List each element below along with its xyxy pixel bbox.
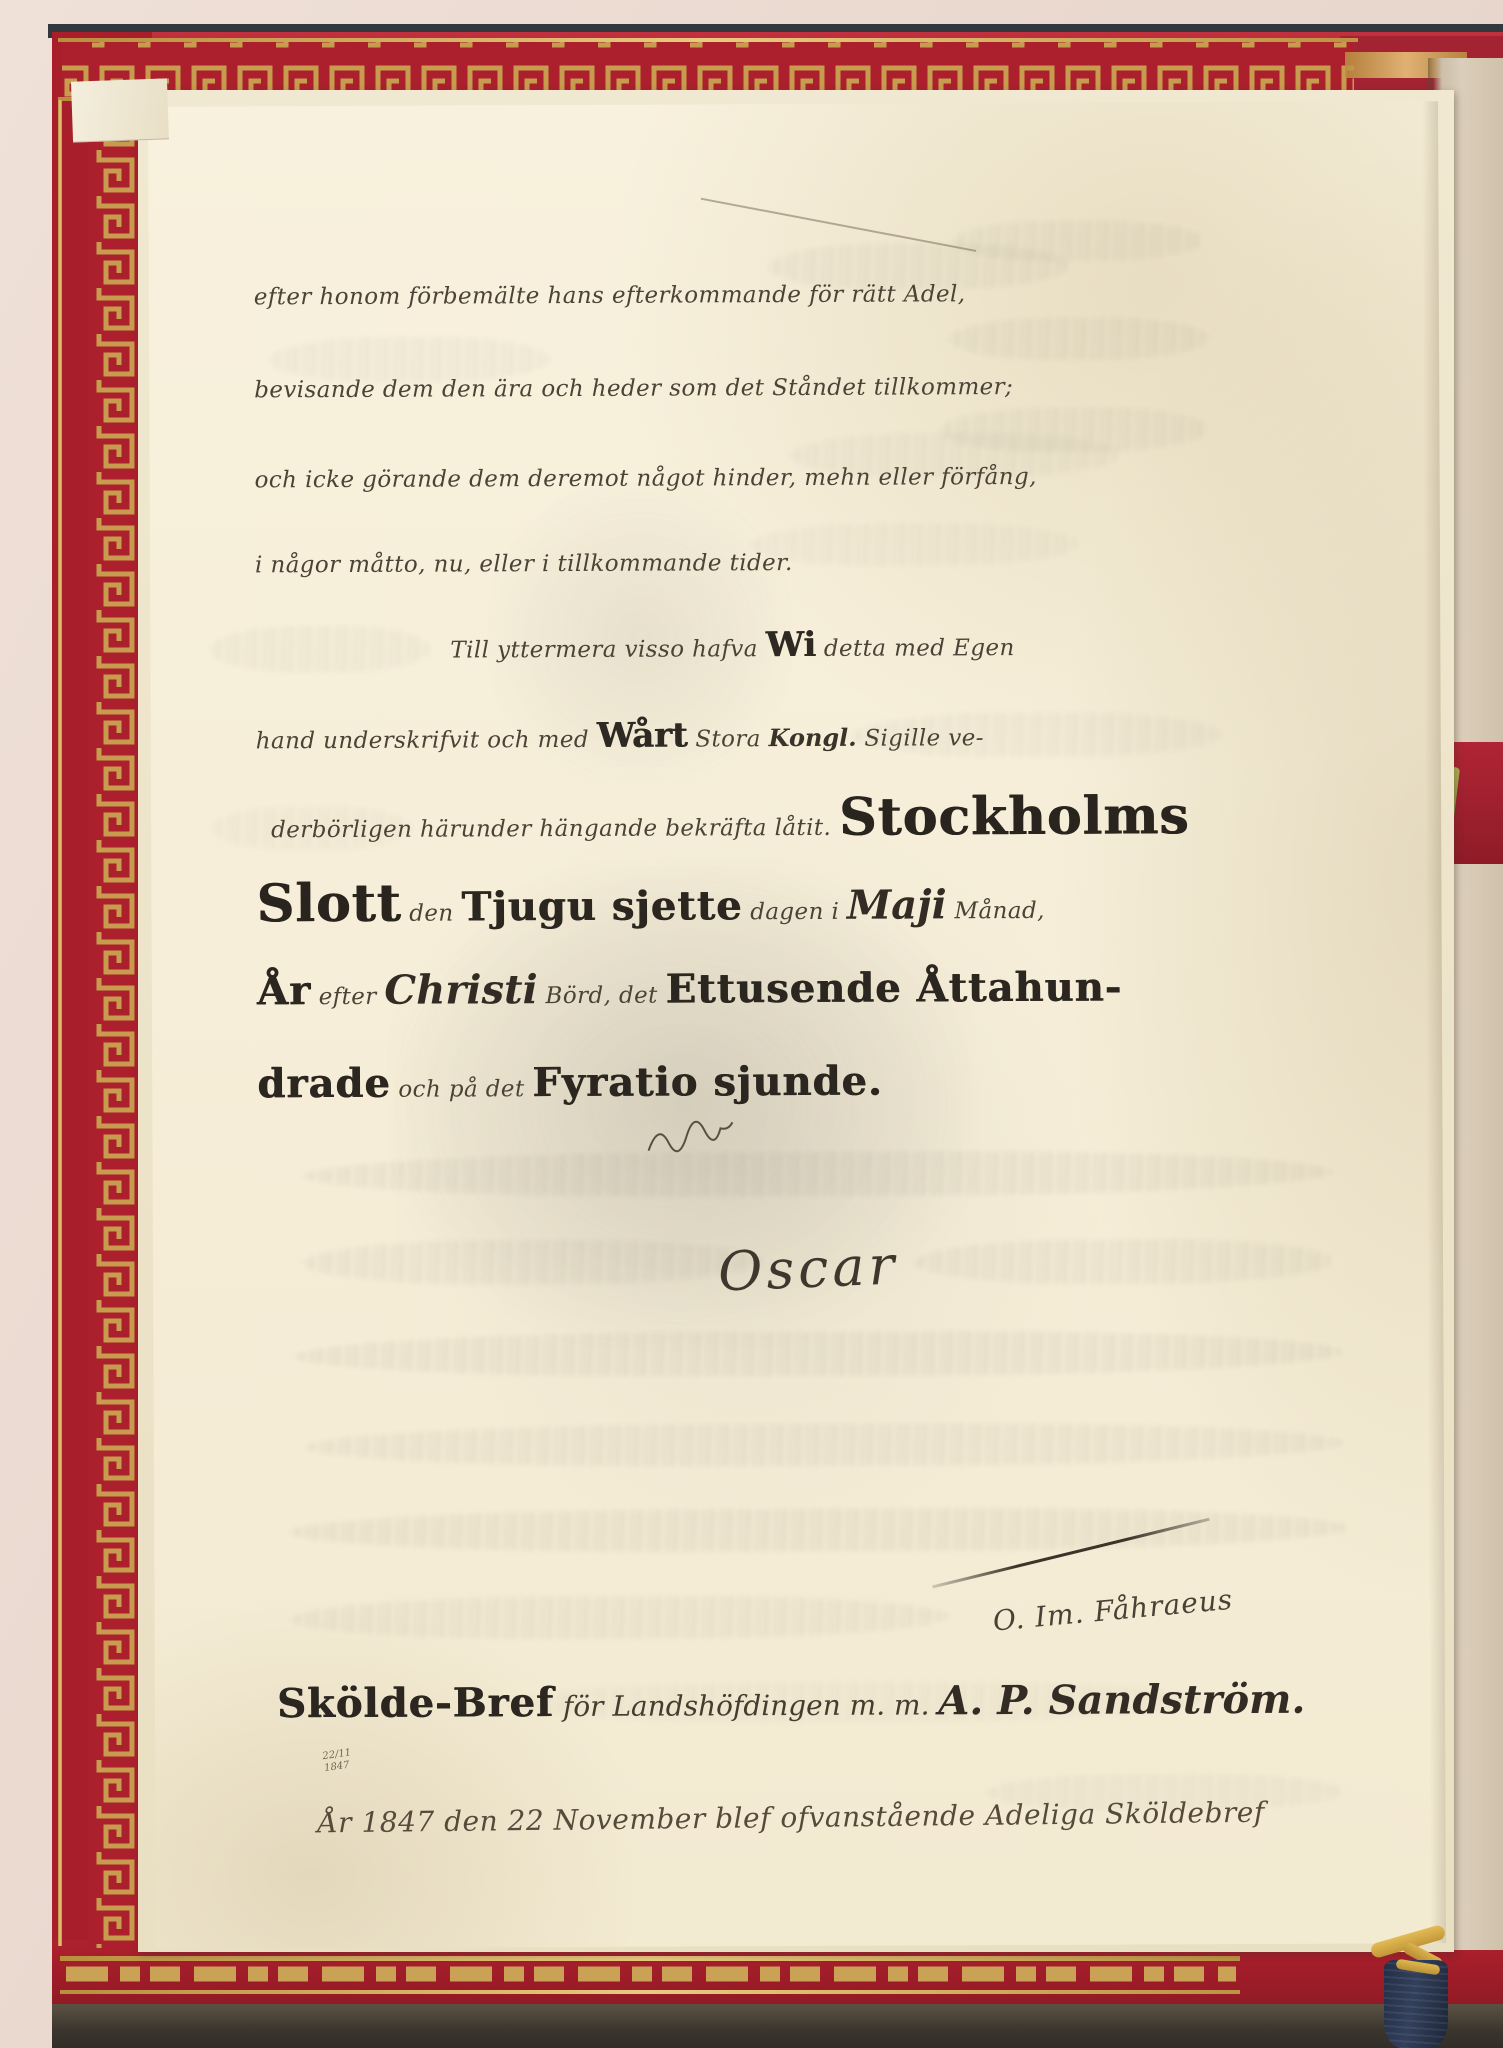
- line-text: Stora: [688, 727, 769, 753]
- manuscript-line: derbörligen härunder hängande bekräfta l…: [271, 790, 1189, 846]
- ink-bleedthrough: [289, 1595, 949, 1640]
- line-text: och icke görande dem deremot något hinde…: [255, 465, 1037, 494]
- manuscript-line: hand underskrifvit och med Wårt Stora Ko…: [256, 717, 984, 754]
- ink-bleedthrough: [750, 523, 1080, 566]
- line-text-blackletter: Wi: [765, 628, 816, 662]
- docket-title: Skölde-Bref: [277, 1683, 554, 1724]
- manuscript-page: efter honom förbemälte hans efterkommand…: [148, 101, 1446, 1949]
- line-text-blackletter: Wårt: [597, 718, 688, 752]
- line-text-blackletter: Tjugu sjette: [461, 886, 742, 927]
- line-text: efter honom förbemälte hans efterkommand…: [254, 282, 966, 310]
- ink-bleedthrough: [289, 1507, 1349, 1554]
- docket-recipient-title: för Landshöfdingen m. m.: [554, 1690, 938, 1722]
- royal-signature: Oscar: [717, 1238, 899, 1299]
- ink-bleedthrough: [949, 317, 1209, 360]
- meander-border-left: [88, 104, 144, 1948]
- paper-scratch: [701, 198, 976, 252]
- countersignature: O. Im. Fåhraeus: [992, 1586, 1234, 1636]
- ink-bleedthrough: [304, 1422, 1344, 1469]
- gold-line-bottom: [60, 1956, 1240, 1961]
- docket-recipient-name: A. P. Sandström.: [938, 1680, 1305, 1722]
- line-text: den: [401, 901, 461, 927]
- line-text: derbörligen härunder hängande bekräfta l…: [271, 816, 839, 844]
- line-text: dagen i: [742, 900, 847, 926]
- pen-flourish: [644, 1112, 736, 1158]
- line-text: bevisande dem den ära och heder som det …: [254, 375, 1013, 404]
- ink-bleedthrough: [210, 626, 430, 673]
- line-text-blackletter: Stockholms: [839, 790, 1190, 844]
- line-text: Månad,: [947, 899, 1045, 925]
- ink-bleedthrough: [913, 1239, 1333, 1285]
- line-text: Kongl.: [769, 725, 857, 752]
- manuscript-line: drade och på det Fyratio sjunde.: [257, 1062, 883, 1105]
- manuscript-line: bevisande dem den ära och heder som det …: [254, 375, 1013, 404]
- registration-line: År 1847 den 22 November blef ofvanståend…: [317, 1799, 1265, 1838]
- line-text-large-script: Maji: [847, 885, 947, 925]
- line-text-large-script: Christi: [384, 970, 538, 1011]
- manuscript-line: och icke görande dem deremot något hinde…: [255, 465, 1037, 494]
- manuscript-line: År efter Christi Börd, det Ettusende Ått…: [257, 968, 1122, 1012]
- manuscript-line: Till yttermera visso hafva Wi detta med …: [450, 627, 1014, 664]
- table-shadow: [52, 2004, 1503, 2048]
- docket-marginal-note: 22/11 1847: [322, 1745, 371, 1774]
- manuscript-line: i någor måtto, nu, eller i tillkommande …: [255, 551, 793, 579]
- line-text: Sigille ve-: [857, 726, 984, 752]
- line-text: efter: [311, 985, 385, 1011]
- line-text-blackletter: År: [257, 971, 311, 1011]
- line-text: i någor måtto, nu, eller i tillkommande …: [255, 551, 793, 579]
- line-text: detta med Egen: [816, 636, 1015, 662]
- sheet-corner: [71, 78, 169, 142]
- ink-bleedthrough: [953, 220, 1203, 261]
- line-text-blackletter: Fyratio sjunde.: [532, 1062, 883, 1104]
- line-text: hand underskrifvit och med: [256, 728, 597, 755]
- line-text: Börd, det: [538, 984, 666, 1010]
- line-text-blackletter: Ettusende Åttahun-: [665, 968, 1122, 1010]
- manuscript-line: Slott den Tjugu sjette dagen i Maji Måna…: [256, 875, 1044, 930]
- line-text: och på det: [391, 1077, 533, 1103]
- line-text-blackletter: drade: [257, 1064, 391, 1105]
- ink-bleedthrough: [303, 1239, 763, 1285]
- docket-line: Skölde-Bref för Landshöfdingen m. m. A. …: [277, 1680, 1306, 1724]
- line-text-blackletter: Slott: [256, 878, 401, 931]
- line-text: Till yttermera visso hafva: [450, 637, 765, 664]
- bookmark-tassel: [1356, 1928, 1503, 2048]
- manuscript-line: efter honom förbemälte hans efterkommand…: [254, 282, 966, 310]
